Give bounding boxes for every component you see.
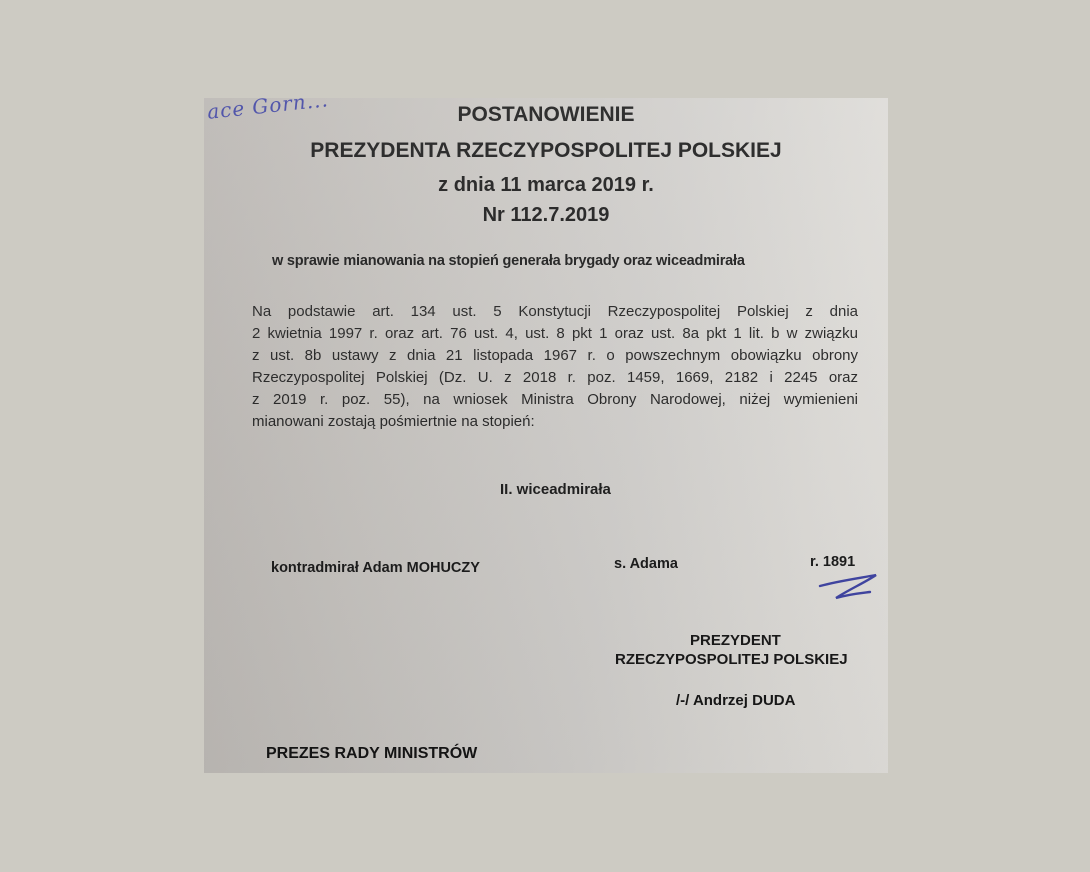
signature-name: /-/ Andrzej DUDA bbox=[676, 692, 795, 709]
document-page: ace Gorn... POSTANOWIENIE PREZYDENTA RZE… bbox=[204, 98, 888, 773]
document-date: z dnia 11 marca 2019 r. bbox=[204, 174, 888, 197]
signature-title-line1: PREZYDENT bbox=[690, 632, 781, 649]
document-body: Na podstawie art. 134 ust. 5 Konstytucji… bbox=[252, 301, 858, 433]
body-line: Na podstawie art. 134 ust. 5 Konstytucji… bbox=[252, 301, 858, 323]
body-line: Rzeczypospolitej Polskiej (Dz. U. z 2018… bbox=[252, 367, 858, 389]
handwritten-initials-icon bbox=[814, 572, 884, 602]
signature-title-line2: RZECZYPOSPOLITEJ POLSKIEJ bbox=[615, 651, 848, 668]
countersign-title: PREZES RADY MINISTRÓW bbox=[266, 745, 477, 763]
document-number: Nr 112.7.2019 bbox=[204, 204, 888, 227]
appointee-birth-year: r. 1891 bbox=[810, 554, 855, 570]
section-heading: II. wiceadmirała bbox=[500, 481, 611, 498]
document-subject: w sprawie mianowania na stopień generała… bbox=[272, 253, 745, 269]
appointee-father: s. Adama bbox=[614, 556, 678, 572]
body-line: z ust. 8b ustawy z dnia 21 listopada 196… bbox=[252, 345, 858, 367]
body-line: mianowani zostają pośmiertnie na stopień… bbox=[252, 411, 858, 433]
document-title: POSTANOWIENIE bbox=[204, 103, 888, 127]
appointee-name: kontradmirał Adam MOHUCZY bbox=[271, 560, 480, 576]
document-issuer: PREZYDENTA RZECZYPOSPOLITEJ POLSKIEJ bbox=[204, 139, 888, 163]
body-line: 2 kwietnia 1997 r. oraz art. 76 ust. 4, … bbox=[252, 323, 858, 345]
body-line: z 2019 r. poz. 55), na wniosek Ministra … bbox=[252, 389, 858, 411]
